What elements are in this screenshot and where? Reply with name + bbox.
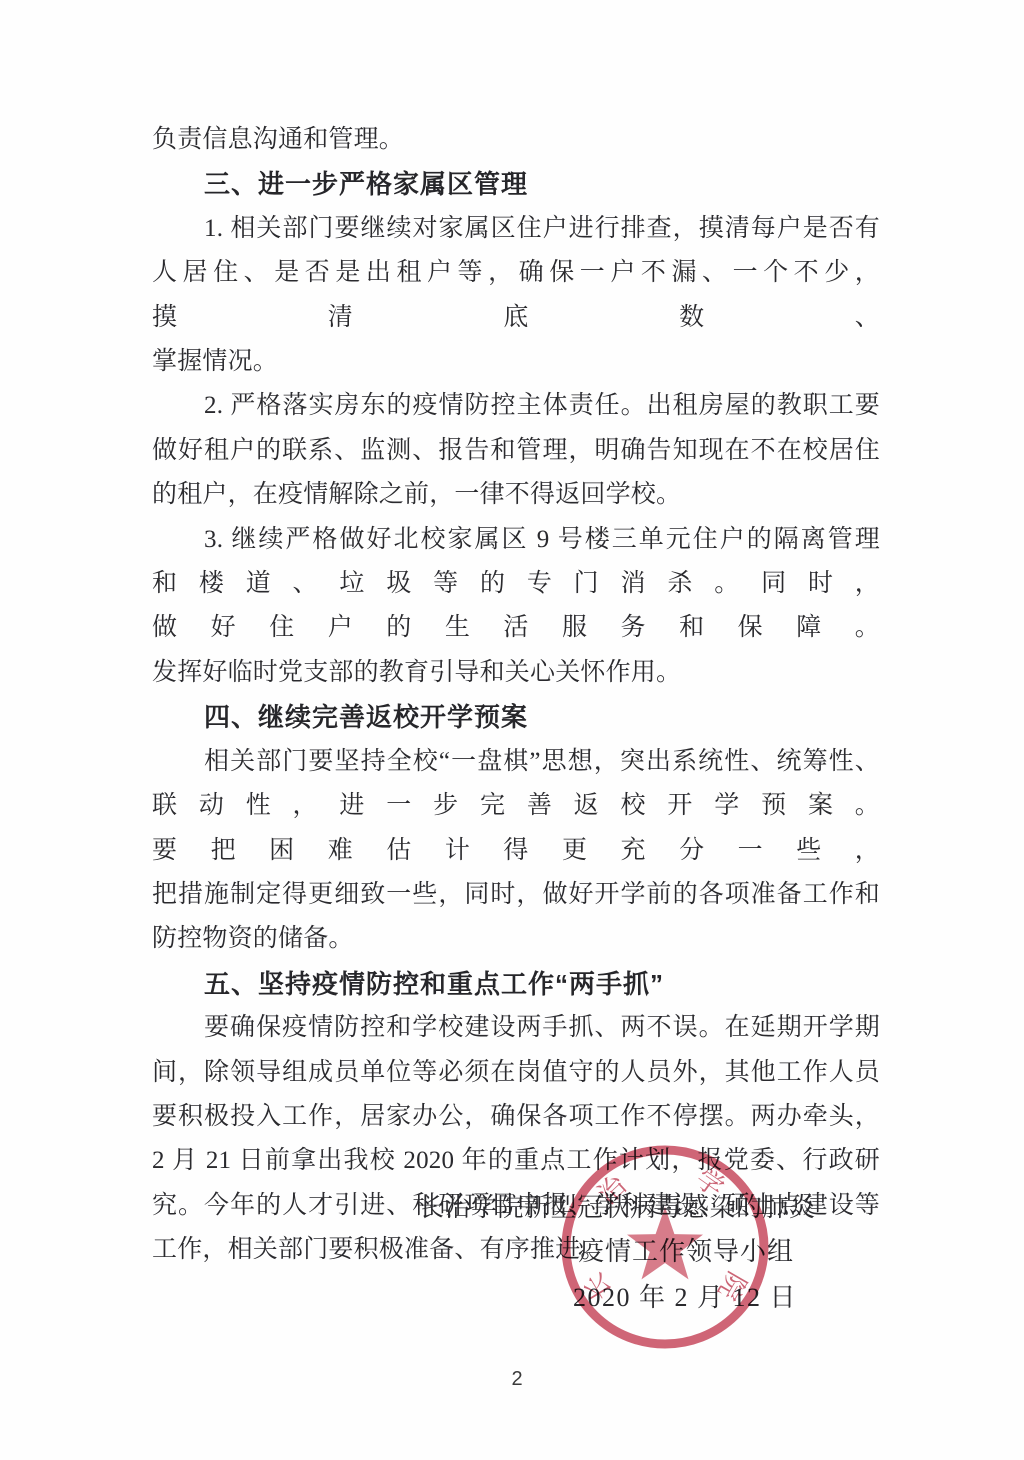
document-page: 负责信息沟通和管理。 三、进一步严格家属区管理 1. 相关部门要继续对家属区住户… xyxy=(0,0,1024,1460)
section-heading-4: 四、继续完善返校开学预案 xyxy=(152,695,880,739)
document-line: 把措施制定得更细致一些，同时，做好开学前的各项准备工作和 xyxy=(152,873,880,917)
document-line: 要积极投入工作，居家办公，确保各项工作不停摆。两办牵头， xyxy=(152,1095,880,1139)
document-line: 1. 相关部门要继续对家属区住户进行排查，摸清每户是否有 xyxy=(152,207,880,251)
document-line: 人居住、是否是出租户等，确保一户不漏、一个不少，摸清底数、 xyxy=(152,251,880,340)
section-heading-3: 三、进一步严格家属区管理 xyxy=(152,162,880,206)
star-icon xyxy=(627,1207,703,1279)
document-line: 和楼道、垃圾等的专门消杀。同时，做好住户的生活服务和保障。 xyxy=(152,562,880,651)
document-line: 掌握情况。 xyxy=(152,340,880,384)
official-seal-stamp: 长 治 学 院 xyxy=(557,1141,773,1353)
document-line: 发挥好临时党支部的教育引导和关心关怀作用。 xyxy=(152,651,880,695)
document-line: 要确保疫情防控和学校建设两手抓、两不误。在延期开学期 xyxy=(152,1006,880,1050)
document-line: 联动性，进一步完善返校开学预案。要把困难估计得更充分一些， xyxy=(152,784,880,873)
document-line: 间，除领导组成员单位等必须在岗值守的人员外，其他工作人员 xyxy=(152,1051,880,1095)
document-line: 防控物资的储备。 xyxy=(152,917,880,961)
document-line: 相关部门要坚持全校“一盘棋”思想，突出系统性、统筹性、 xyxy=(152,740,880,784)
document-line: 2. 严格落实房东的疫情防控主体责任。出租房屋的教职工要 xyxy=(152,384,880,428)
page-number: 2 xyxy=(505,1368,529,1391)
section-heading-5: 五、坚持疫情防控和重点工作“两手抓” xyxy=(152,962,880,1006)
document-line: 的租户，在疫情解除之前，一律不得返回学校。 xyxy=(152,473,880,517)
document-body: 负责信息沟通和管理。 三、进一步严格家属区管理 1. 相关部门要继续对家属区住户… xyxy=(152,118,880,1273)
document-line: 负责信息沟通和管理。 xyxy=(152,118,880,162)
document-line: 做好租户的联系、监测、报告和管理，明确告知现在不在校居住 xyxy=(152,429,880,473)
document-line: 3. 继续严格做好北校家属区 9 号楼三单元住户的隔离管理 xyxy=(152,518,880,562)
